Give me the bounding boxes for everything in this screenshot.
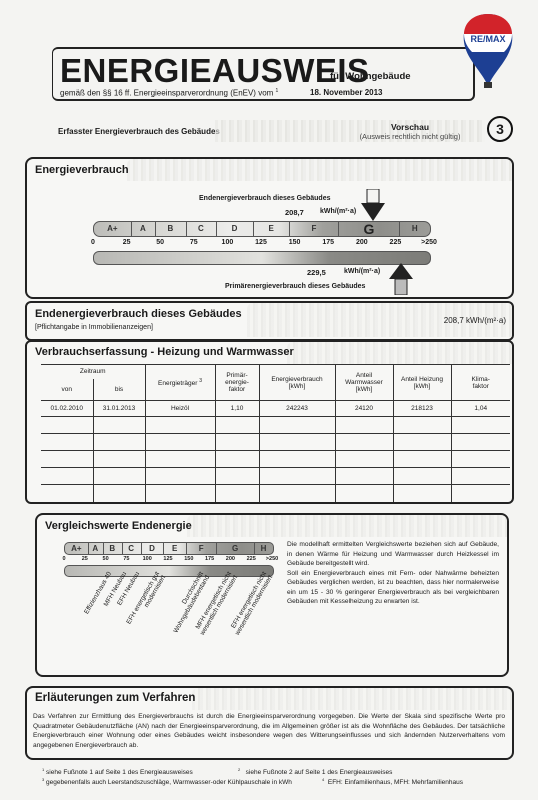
energy-class-a: A bbox=[131, 222, 156, 236]
page-number-badge: 3 bbox=[487, 116, 513, 142]
header-from: von bbox=[41, 379, 93, 401]
cell-to: 31.01.2013 bbox=[93, 401, 145, 417]
scale-tick: 25 bbox=[123, 239, 131, 246]
consumption-table: Zeitraum Energieträger 3 Primär- energie… bbox=[41, 364, 510, 502]
scale-tick: 225 bbox=[390, 239, 402, 246]
explanation-title: Erläuterungen zum Verfahren bbox=[35, 692, 195, 704]
primary-energy-value: 229,5 bbox=[307, 268, 326, 277]
comparison-labels: Effizienzhaus 40MFH NeubauEFH NeubauEFH … bbox=[37, 515, 297, 675]
subtitle-footnote: 1 bbox=[276, 88, 279, 94]
preview-title: Vorschau bbox=[335, 122, 485, 132]
issue-date: 18. November 2013 bbox=[310, 88, 383, 97]
table-row-empty bbox=[41, 417, 510, 434]
explanation-panel: Erläuterungen zum Verfahren Das Verfahre… bbox=[25, 686, 514, 760]
comparison-text: Die modellhaft ermittelten Vergleichswer… bbox=[287, 540, 499, 607]
header-climate: Klima- faktor bbox=[451, 365, 510, 401]
fn-text-1: siehe Fußnote 1 auf Seite 1 des Energiea… bbox=[46, 769, 193, 776]
logo-text: RE/MAX bbox=[466, 34, 510, 44]
energy-class-f: F bbox=[289, 222, 339, 236]
footnote-3: 3 gegebenenfalls auch Leerstandszuschläg… bbox=[42, 777, 292, 786]
scale-tick: 100 bbox=[222, 239, 234, 246]
primary-energy-arrow-icon bbox=[389, 263, 413, 300]
energy-class-c: C bbox=[186, 222, 218, 236]
scale-tick: 125 bbox=[255, 239, 267, 246]
cell-pef: 1,10 bbox=[215, 401, 259, 417]
scale-tick: 50 bbox=[156, 239, 164, 246]
fn-num-1: 1 bbox=[42, 767, 44, 772]
footnote-2: 2 siehe Fußnote 2 auf Seite 1 des Energi… bbox=[238, 767, 392, 776]
comparison-text-p2: Soll ein Energieverbrauch eines mit Fern… bbox=[287, 569, 499, 607]
cell-from: 01.02.2010 bbox=[41, 401, 93, 417]
section-label: Erfasster Energieverbrauch des Gebäudes bbox=[58, 127, 220, 136]
table-row-empty bbox=[41, 485, 510, 502]
document-title: ENERGIEAUSWEIS bbox=[60, 52, 370, 90]
document-type: für Wohngebäude bbox=[330, 71, 411, 82]
scale-tick: 200 bbox=[356, 239, 368, 246]
end-energy-unit: kWh/(m²·a) bbox=[320, 208, 356, 215]
consumption-panel: Verbrauchserfassung - Heizung und Warmwa… bbox=[25, 340, 514, 504]
carrier-fn: 3 bbox=[199, 378, 202, 384]
end-energy-label: Endenergieverbrauch dieses Gebäudes bbox=[199, 195, 331, 202]
table-row: 01.02.2010 31.01.2013 Heizöl 1,10 242243… bbox=[41, 401, 510, 417]
explanation-noise bbox=[192, 688, 512, 710]
header-period: Zeitraum bbox=[41, 365, 145, 379]
consumption-noise bbox=[287, 342, 512, 364]
energy-class-b: B bbox=[155, 222, 187, 236]
summary-title: Endenergieverbrauch dieses Gebäudes bbox=[35, 308, 242, 320]
explanation-text: Das Verfahren zur Ermittlung des Energie… bbox=[33, 712, 505, 750]
preview-note: (Ausweis rechtlich nicht gültig) bbox=[335, 132, 485, 141]
energy-class-e: E bbox=[253, 222, 291, 236]
energy-class-h: H bbox=[399, 222, 431, 236]
document-subtitle: gemäß den §§ 16 ff. Energieeinsparverord… bbox=[60, 88, 278, 98]
fn-text-4: EFH: Einfamilienhaus, MFH: Mehrfamilienh… bbox=[328, 779, 463, 786]
table-row-empty bbox=[41, 468, 510, 485]
cell-heating: 218123 bbox=[393, 401, 451, 417]
end-energy-summary: Endenergieverbrauch dieses Gebäudes [Pfl… bbox=[25, 301, 514, 341]
fn-num-4: 4 bbox=[322, 777, 324, 782]
fn-text-3: gegebenenfalls auch Leerstandszuschläge,… bbox=[46, 779, 292, 786]
scale-ticks: 0255075100125150175200225>250 bbox=[93, 239, 429, 249]
primary-energy-unit: kWh/(m²·a) bbox=[344, 268, 380, 275]
header-carrier: Energieträger 3 bbox=[145, 365, 215, 401]
energy-class-a-plus: A+ bbox=[94, 222, 132, 236]
energy-class-g: G bbox=[338, 222, 400, 236]
comparison-text-p1: Die modellhaft ermittelten Vergleichswer… bbox=[287, 540, 499, 569]
summary-value: 208,7 kWh/(m²·a) bbox=[444, 316, 506, 325]
comparison-panel: Vergleichswerte Endenergie A+ABCDEFGH 02… bbox=[35, 513, 509, 677]
table-row-empty bbox=[41, 451, 510, 468]
cell-hot-water: 24120 bbox=[335, 401, 393, 417]
primary-energy-label: Primärenergieverbrauch dieses Gebäudes bbox=[225, 283, 365, 290]
scale-tick: >250 bbox=[421, 239, 437, 246]
primary-energy-scale bbox=[93, 251, 431, 265]
title-noise bbox=[127, 159, 512, 181]
scale-tick: 175 bbox=[322, 239, 334, 246]
consumption-title: Verbrauchserfassung - Heizung und Warmwa… bbox=[35, 346, 294, 358]
fn-num-2: 2 bbox=[238, 767, 240, 772]
energy-panel: Energieverbrauch Endenergieverbrauch die… bbox=[25, 157, 514, 299]
energy-class-scale: A+ABCDEFGH bbox=[93, 221, 431, 237]
header-hot-water: Anteil Warmwasser [kWh] bbox=[335, 365, 393, 401]
header-heating: Anteil Heizung [kWh] bbox=[393, 365, 451, 401]
table-row-empty bbox=[41, 434, 510, 451]
scale-tick: 0 bbox=[91, 239, 95, 246]
energy-class-d: D bbox=[216, 222, 254, 236]
scale-tick: 75 bbox=[190, 239, 198, 246]
cell-consumption: 242243 bbox=[259, 401, 335, 417]
header-to: bis bbox=[93, 379, 145, 401]
footnote-4: 4 EFH: Einfamilienhaus, MFH: Mehrfamilie… bbox=[322, 777, 463, 786]
cell-climate: 1,04 bbox=[451, 401, 510, 417]
carrier-label: Energieträger bbox=[158, 380, 197, 387]
subtitle-text: gemäß den §§ 16 ff. Energieeinsparverord… bbox=[60, 89, 273, 98]
summary-note: [Pflichtangabe in Immobilienanzeigen] bbox=[35, 324, 153, 331]
energy-title: Energieverbrauch bbox=[35, 164, 129, 176]
scale-tick: 150 bbox=[289, 239, 301, 246]
fn-num-3: 3 bbox=[42, 777, 44, 782]
remax-balloon-logo: RE/MAX bbox=[460, 12, 516, 92]
fn-text-2: siehe Fußnote 2 auf Seite 1 des Energiea… bbox=[246, 769, 393, 776]
header-consumption: Energieverbrauch [kWh] bbox=[259, 365, 335, 401]
header-pef: Primär- energie- faktor bbox=[215, 365, 259, 401]
footnote-1: 1 siehe Fußnote 1 auf Seite 1 des Energi… bbox=[42, 767, 193, 776]
preview-stamp: Vorschau (Ausweis rechtlich nicht gültig… bbox=[335, 122, 485, 141]
cell-carrier: Heizöl bbox=[145, 401, 215, 417]
end-energy-value: 208,7 bbox=[285, 208, 304, 217]
